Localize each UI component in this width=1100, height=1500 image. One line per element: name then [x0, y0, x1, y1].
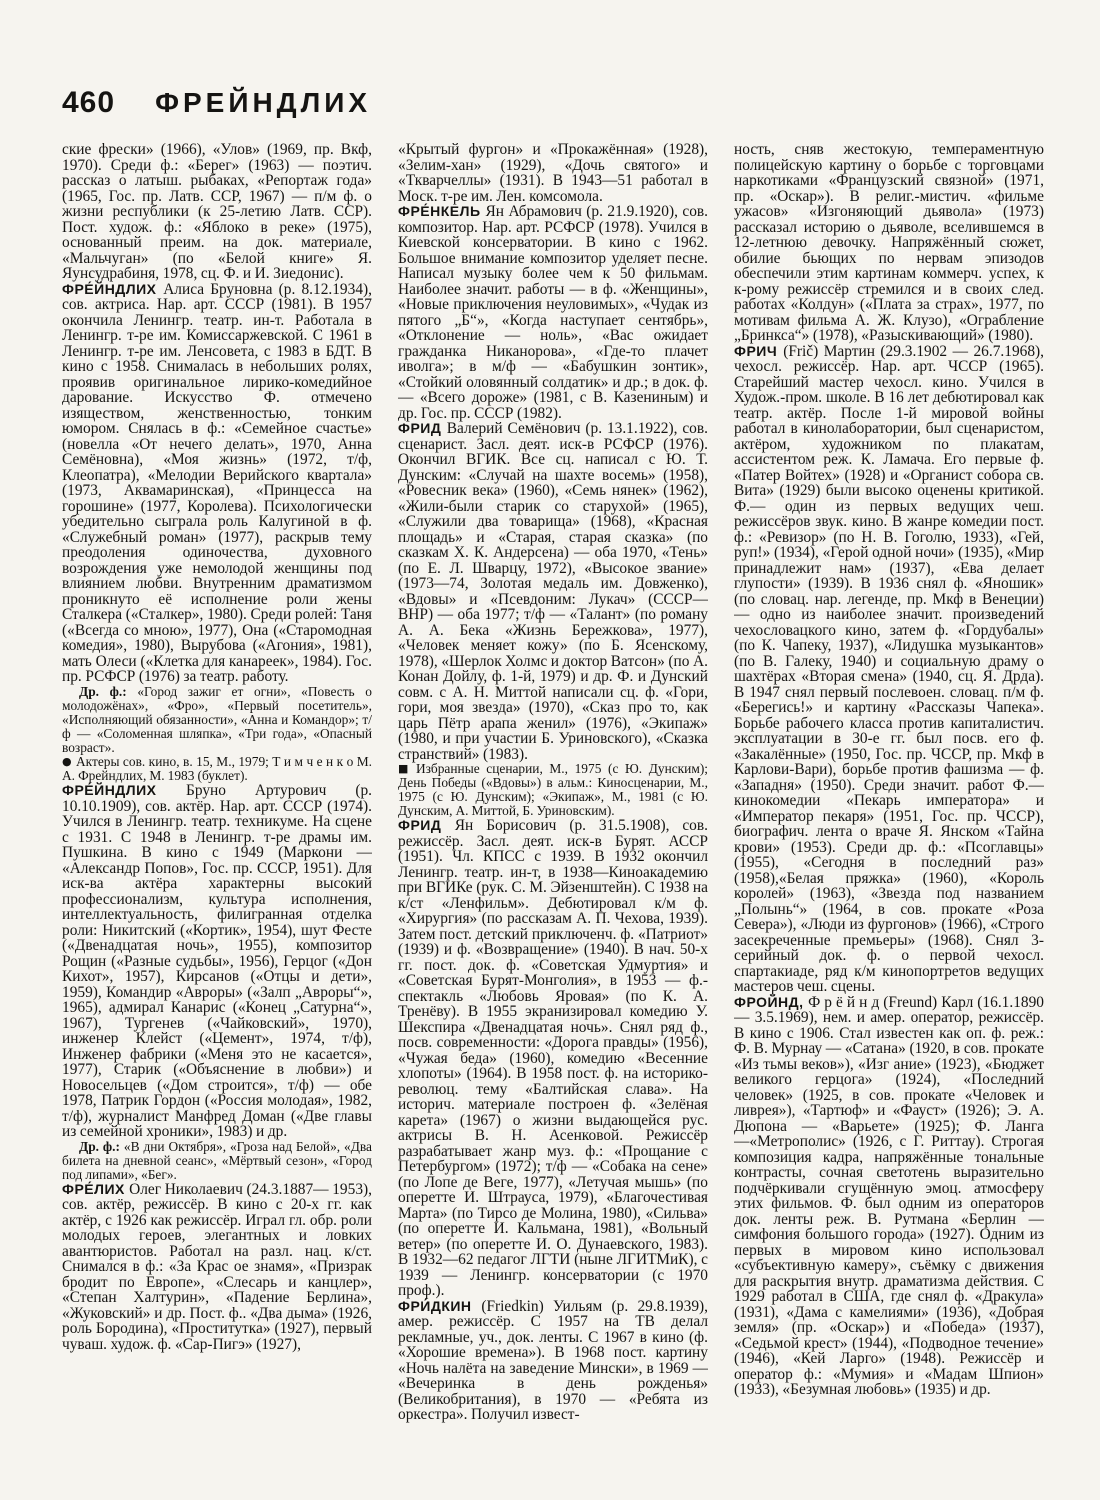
column-1: ские фрески» (1966), «Улов» (1969, пр. В… [62, 142, 372, 1480]
entry-headword: ФРОЙНД, [734, 994, 808, 1010]
entry-frelikh-oleg: ФРЕ́ЛИХ Олег Николаевич (24.3.1887— 1953… [62, 1182, 372, 1353]
encyclopedia-page: 460 ФРЕЙНДЛИХ ские фрески» (1966), «Улов… [0, 0, 1100, 1500]
entry-frenkel-yan: ФРЕ́НКЕЛЬ Ян Абрамович (р. 21.9.1920), с… [398, 204, 708, 421]
entry-headword: ФРИЧ [734, 343, 783, 359]
bibliography-freindlikh-alisa: ●Актеры сов. кино, в. 15, М., 1979; Т и … [62, 755, 372, 783]
entry-headword: ФРЕ́ЙНДЛИХ [62, 782, 186, 798]
filmography-freindlikh-alisa: Др. ф.: «Город зажиг ет огни», «Повесть … [62, 685, 372, 755]
paragraph-fridkin-continuation: ность, сняв жестокую, темпераментную пол… [734, 142, 1044, 344]
text-columns: ские фрески» (1966), «Улов» (1969, пр. В… [62, 142, 1044, 1480]
entry-frid-yan: ФРИД Ян Борисович (р. 31.5.1908), сов. р… [398, 818, 708, 1299]
entry-frich-martin: ФРИЧ (Frič) Мартин (29.3.1902 — 26.7.196… [734, 344, 1044, 995]
entry-fridkin-william: ФРИ́ДКИН (Friedkin) Уильям (р. 29.8.1939… [398, 1299, 708, 1423]
other-films-label: Др. ф.: [79, 1139, 124, 1154]
entry-frid-valery: ФРИД Валерий Семёнович (р. 13.1.1922), с… [398, 421, 708, 762]
entry-froind-karl: ФРОЙНД, Ф р ё й н д (Freund) Карл (16.1.… [734, 995, 1044, 1398]
entry-headword: ФРЕ́ЛИХ [62, 1181, 129, 1197]
page-number: 460 [62, 86, 115, 120]
bibliography-bullet-icon: ● [62, 755, 76, 768]
paragraph-freindlikh-arvid-continuation: ские фрески» (1966), «Улов» (1969, пр. В… [62, 142, 372, 282]
entry-headword: ФРИД [398, 817, 455, 833]
entry-headword: ФРЕ́ЙНДЛИХ [62, 281, 163, 297]
other-films-label: Др. ф.: [79, 684, 137, 699]
entry-freindlikh-bruno: ФРЕ́ЙНДЛИХ Бруно Артурович (р. 10.10.190… [62, 783, 372, 1140]
column-2: «Крытый фургон» и «Прокажённая» (1928), … [398, 142, 708, 1480]
bibliography-square-icon: ■ [398, 762, 416, 775]
entry-freindlikh-alisa: ФРЕ́ЙНДЛИХ Алиса Бруновна (р. 8.12.1934)… [62, 282, 372, 685]
page-header: 460 ФРЕЙНДЛИХ [62, 86, 1042, 120]
paragraph-frelikh-continuation: «Крытый фургон» и «Прокажённая» (1928), … [398, 142, 708, 204]
running-head: ФРЕЙНДЛИХ [155, 87, 371, 119]
entry-headword: ФРЕ́НКЕЛЬ [398, 203, 486, 219]
entry-headword: ФРИД [398, 420, 447, 436]
filmography-freindlikh-bruno: Др. ф.: «В дни Октября», «Гроза над Бело… [62, 1140, 372, 1182]
entry-headword: ФРИ́ДКИН [398, 1298, 481, 1314]
bibliography-frid-valery: ■Избранные сценарии, М., 1975 (с Ю. Дунс… [398, 762, 708, 818]
column-3: ность, сняв жестокую, темпераментную пол… [734, 142, 1044, 1480]
